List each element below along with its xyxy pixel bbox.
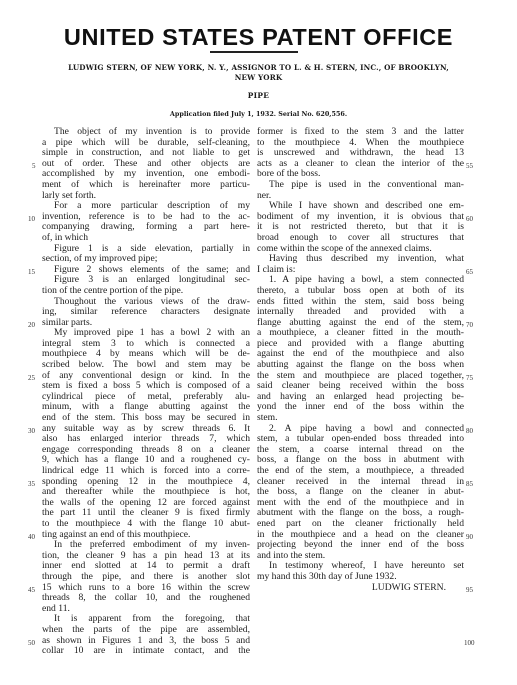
text-line: threads 8, the collar 10, and the roughe… xyxy=(42,593,250,604)
text-line: through the pipe, and there is another s… xyxy=(42,572,250,583)
margin-line-number: 40 xyxy=(28,533,35,541)
margin-line-number: 20 xyxy=(28,321,35,329)
text-line: tion of the centre portion of the pipe. xyxy=(42,286,250,297)
text-line: former is fixed to the stem 3 and the la… xyxy=(257,127,464,138)
text-line: ened part on the cleaner frictionally he… xyxy=(257,519,464,530)
text-line: the end of the stem, a mouthpiece, a thr… xyxy=(257,466,464,477)
text-line: The object of my invention is to provide xyxy=(42,127,250,138)
margin-line-number: 75 xyxy=(466,374,473,382)
margin-line-number: 5 xyxy=(32,162,36,170)
margin-line-number: 25 xyxy=(28,374,35,382)
margin-line-number: 45 xyxy=(28,586,35,594)
margin-line-number: 30 xyxy=(28,427,35,435)
margin-line-number: 55 xyxy=(466,162,473,170)
text-line: when the parts of the pipe are assembled… xyxy=(42,625,250,636)
margin-line-number: 60 xyxy=(466,215,473,223)
text-line: of, in which xyxy=(42,233,250,244)
margin-line-number: 95 xyxy=(466,586,473,594)
text-line: LUDWIG STERN. xyxy=(257,583,464,594)
margin-line-number: 80 xyxy=(466,427,473,435)
page-title: UNITED STATES PATENT OFFICE xyxy=(0,24,517,51)
text-line: to the mouthpiece 4 with the flange 10 a… xyxy=(42,519,250,530)
margin-line-number: 65 xyxy=(466,268,473,276)
assignor-line-1: LUDWIG STERN, OF NEW YORK, N. Y., ASSIGN… xyxy=(30,63,487,73)
text-line: yond the inner end of the boss within th… xyxy=(257,402,464,413)
margin-line-number: 50 xyxy=(28,639,35,647)
margin-line-number: 90 xyxy=(466,533,473,541)
margin-line-number: 15 xyxy=(28,268,35,276)
text-line: ment of which is hereinafter more partic… xyxy=(42,180,250,191)
text-line: broad enough to cover all structures tha… xyxy=(257,233,464,244)
invention-title: PIPE xyxy=(0,91,517,100)
inventor-assignor-line: LUDWIG STERN, OF NEW YORK, N. Y., ASSIGN… xyxy=(30,63,487,83)
margin-line-number: 85 xyxy=(466,480,473,488)
title-divider xyxy=(210,51,298,53)
left-column: The object of my invention is to provide… xyxy=(42,127,250,657)
margin-line-number: 100 xyxy=(464,639,475,647)
text-line: The pipe is used in the conventional man… xyxy=(257,180,464,191)
margin-line-number: 35 xyxy=(28,480,35,488)
text-line: collar 10 are in intimate contact, and t… xyxy=(42,646,250,657)
text-line: my hand this 30th day of June 1932. xyxy=(257,572,464,583)
margin-line-number: 70 xyxy=(466,321,473,329)
text-line: thereto, a tubular boss open at both of … xyxy=(257,286,464,297)
right-column: former is fixed to the stem 3 and the la… xyxy=(257,127,464,593)
application-info: Application filed July 1, 1932. Serial N… xyxy=(0,110,517,118)
margin-line-number: 10 xyxy=(28,215,35,223)
text-line: lindrical edge 11 which is forced into a… xyxy=(42,466,250,477)
assignor-line-2: NEW YORK xyxy=(30,73,487,83)
